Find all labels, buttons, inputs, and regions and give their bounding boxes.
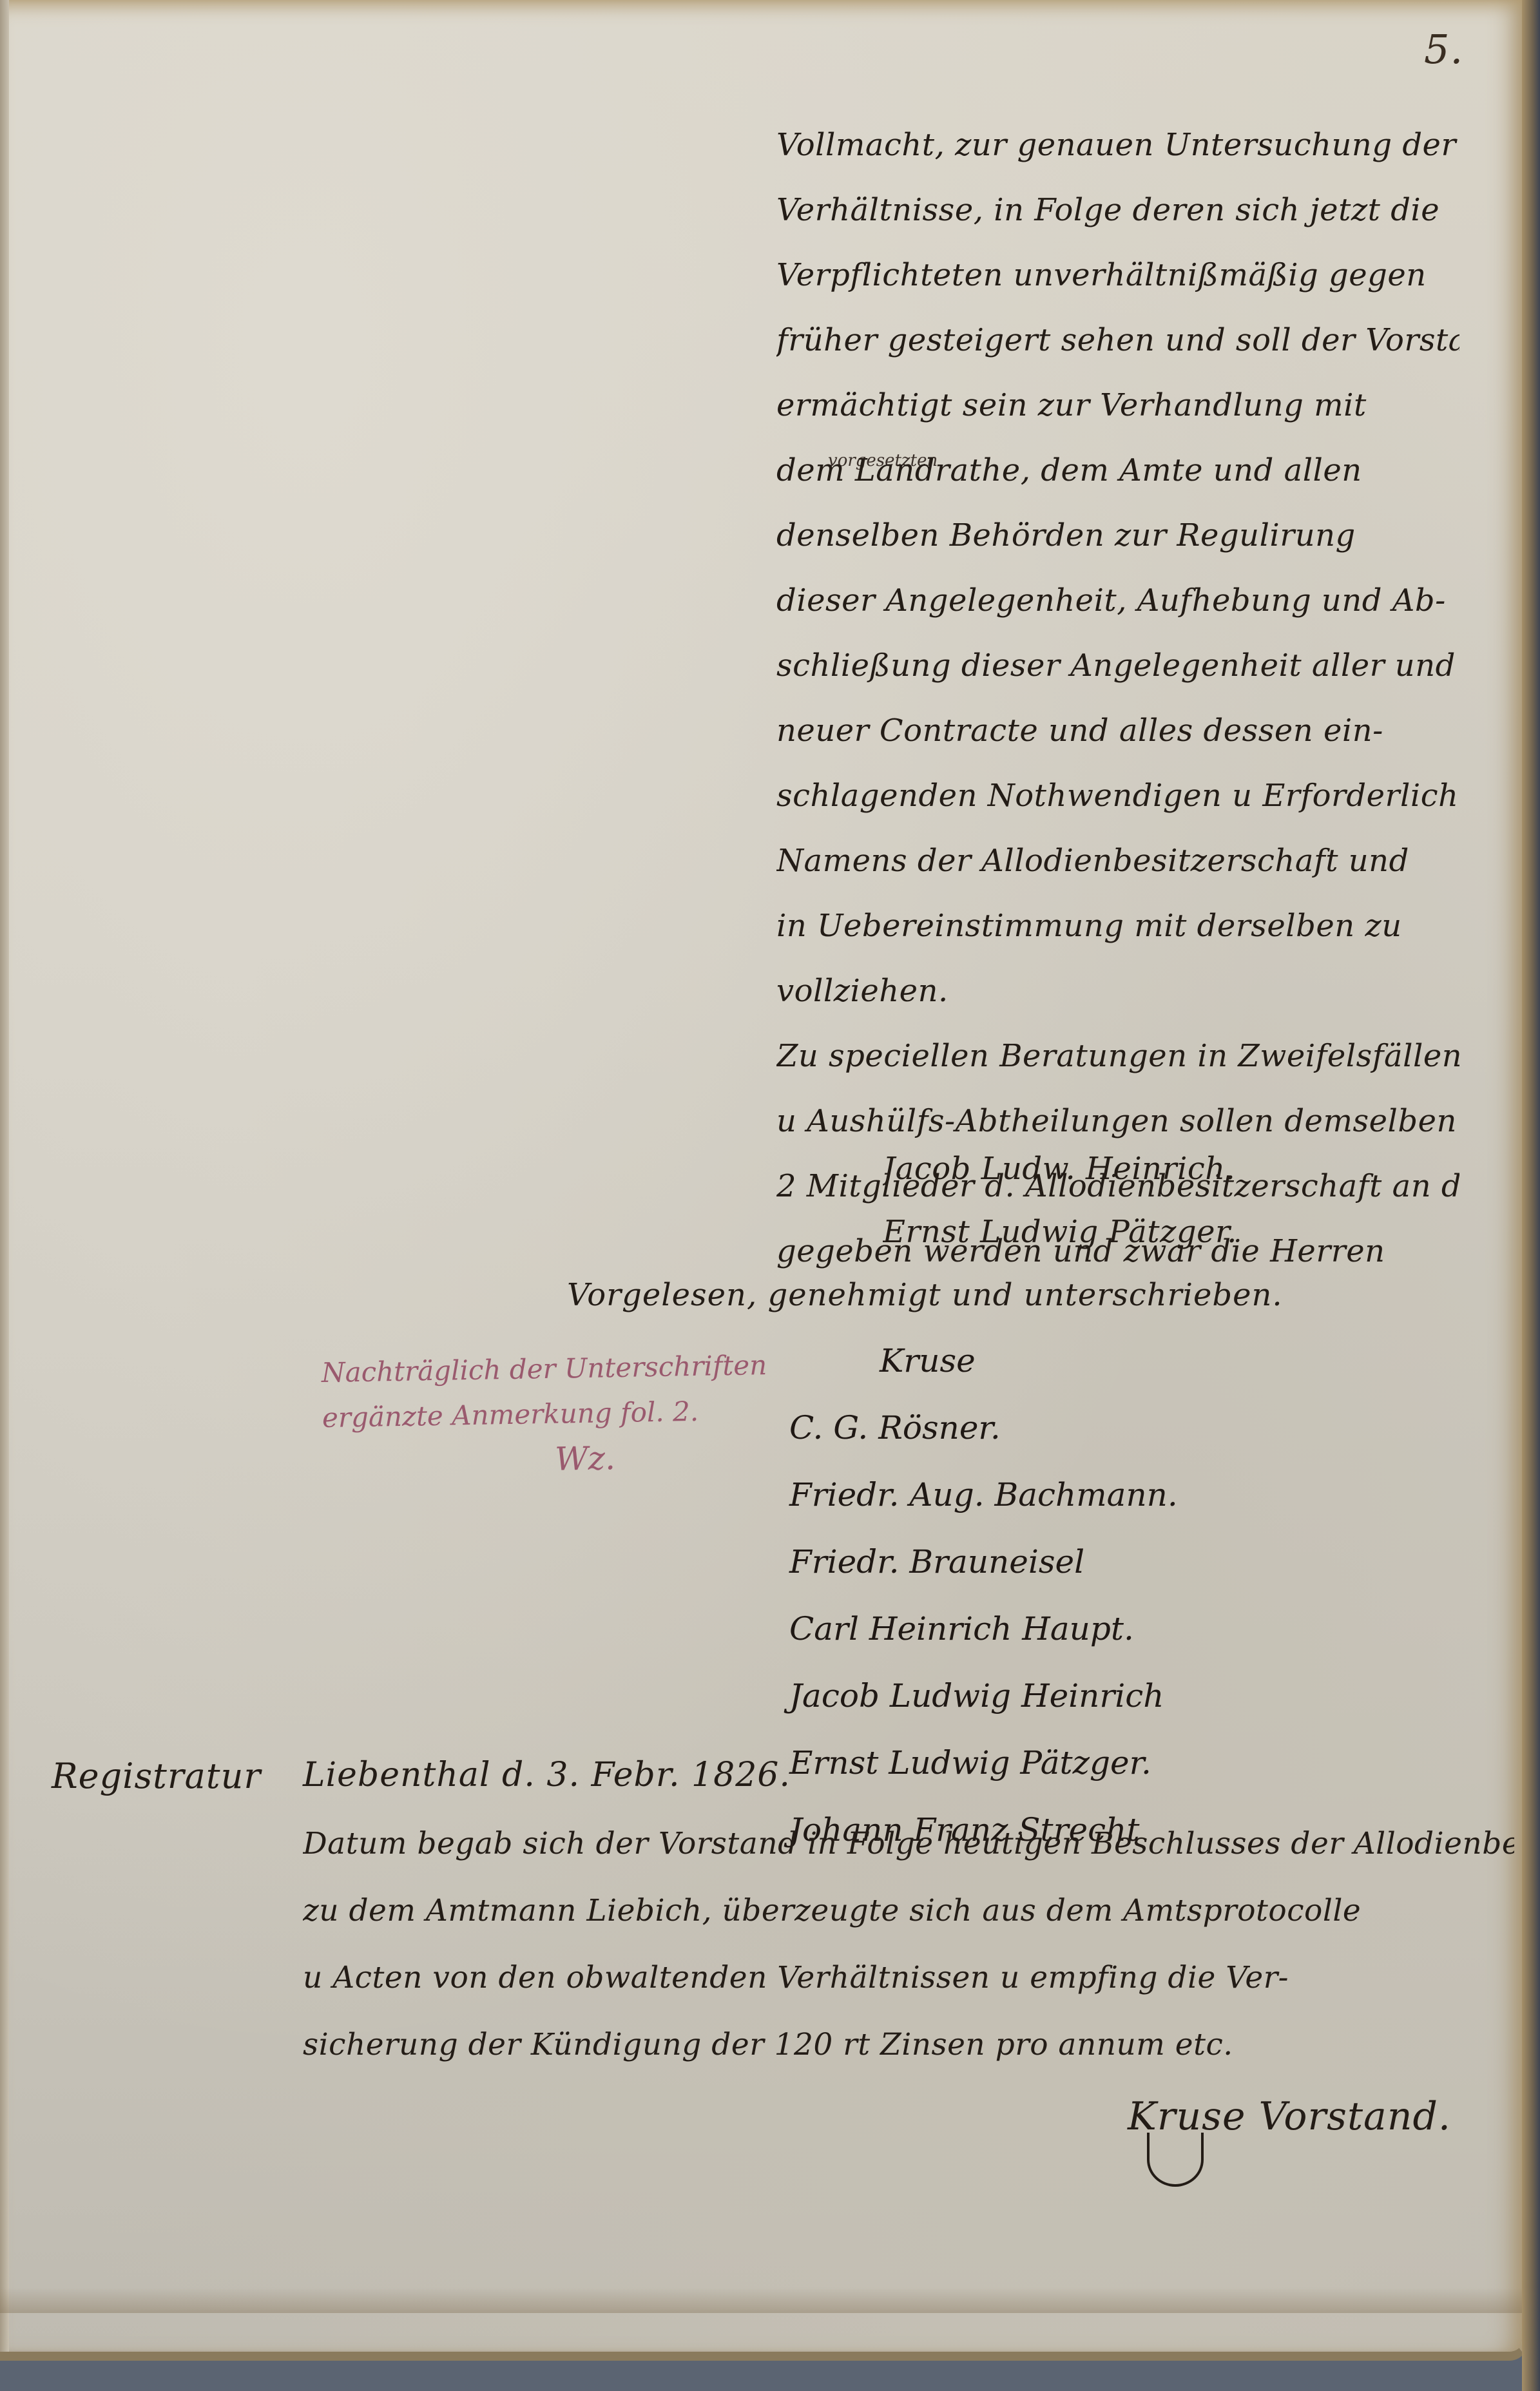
named-members: Jacob Ludw. Heinrich. Ernst Ludwig Pätzg… <box>883 1137 1237 1263</box>
text-line: dieser Angelegenheit, Aufhebung und Ab- <box>776 568 1459 633</box>
registratur-line: zu dem Amtmann Liebich, überzeugte sich … <box>303 1877 1514 1944</box>
member-name: Ernst Ludwig Pätzger. <box>883 1200 1237 1263</box>
adjacent-pages-edge <box>1522 0 1540 2391</box>
text-line: in Uebereinstimmung mit derselben zu <box>776 894 1459 959</box>
signature: Kruse <box>789 1327 1178 1394</box>
text-line: denselben Behörden zur Regulirung <box>776 503 1459 568</box>
text-line: früher gesteigert sehen und soll der Vor… <box>776 308 1459 373</box>
binding-edge <box>0 0 9 2352</box>
signature: Carl Heinrich Haupt. <box>789 1595 1178 1662</box>
margin-note-initials: Wz. <box>323 1433 769 1486</box>
text-line: Vollmacht, zur genauen Untersuchung der <box>776 113 1459 178</box>
text-line: Verpflichteten unverhältnißmäßig gegen <box>776 243 1459 308</box>
registratur-line: Datum begab sich der Vorstand in Folge h… <box>303 1810 1514 1877</box>
text-line: Zu speciellen Beratungen in Zweifelsfäll… <box>776 1024 1459 1089</box>
registratur-place-date: Liebenthal d. 3. Febr. 1826. <box>303 1756 791 1794</box>
folio-number: 5. <box>1424 26 1463 73</box>
registratur-line: u Acten von den obwaltenden Verhältnisse… <box>303 1944 1514 2012</box>
text-line: schlagenden Nothwendigen u Erforderliche… <box>776 763 1459 829</box>
signature: Ernst Ludwig Pätzger. <box>789 1729 1178 1796</box>
text-line: Verhältnisse, in Folge deren sich jetzt … <box>776 178 1459 243</box>
registratur-body: Datum begab sich der Vorstand in Folge h… <box>303 1810 1514 2079</box>
text-line: dem Landrathe, dem Amte und allen <box>776 438 1459 503</box>
main-text-block: Vollmacht, zur genauen Untersuchung der … <box>776 113 1459 1284</box>
margin-note-line: ergänzte Anmerkung fol. 2. <box>322 1388 768 1441</box>
signature: Friedr. Aug. Bachmann. <box>789 1461 1178 1528</box>
registratur-heading: Registratur <box>52 1756 261 1796</box>
water-stain <box>0 2287 1522 2313</box>
member-name: Jacob Ludw. Heinrich. <box>883 1137 1237 1200</box>
text-line: ermächtigt sein zur Verhandlung mit <box>776 373 1459 438</box>
signature: Jacob Ludwig Heinrich <box>789 1662 1178 1729</box>
text-line: schließung dieser Angelegenheit aller un… <box>776 633 1459 698</box>
signature: C. G. Rösner. <box>789 1394 1178 1461</box>
signature-flourish-icon <box>1147 2133 1204 2187</box>
closing-formula: Vorgelesen, genehmigt und unterschrieben… <box>567 1263 1283 1327</box>
text-line: vollziehen. <box>776 959 1459 1024</box>
signature-list: Kruse C. G. Rösner. Friedr. Aug. Bachman… <box>789 1327 1178 1863</box>
text-line: neuer Contracte und alles dessen ein- <box>776 698 1459 763</box>
margin-note-line: Nachträglich der Unterschriften <box>321 1343 767 1396</box>
registratur-line: sicherung der Kündigung der 120 rt Zinse… <box>303 2012 1514 2079</box>
margin-note-red-ink: Nachträglich der Unterschriften ergänzte… <box>321 1343 769 1486</box>
signature: Friedr. Brauneisel <box>789 1528 1178 1595</box>
text-line: Namens der Allodienbesitzerschaft und <box>776 829 1459 894</box>
manuscript-page: 5. vorgesetzten Vollmacht, zur genauen U… <box>0 0 1528 2361</box>
registratur-signature: Kruse Vorstand. <box>1128 2094 1451 2139</box>
